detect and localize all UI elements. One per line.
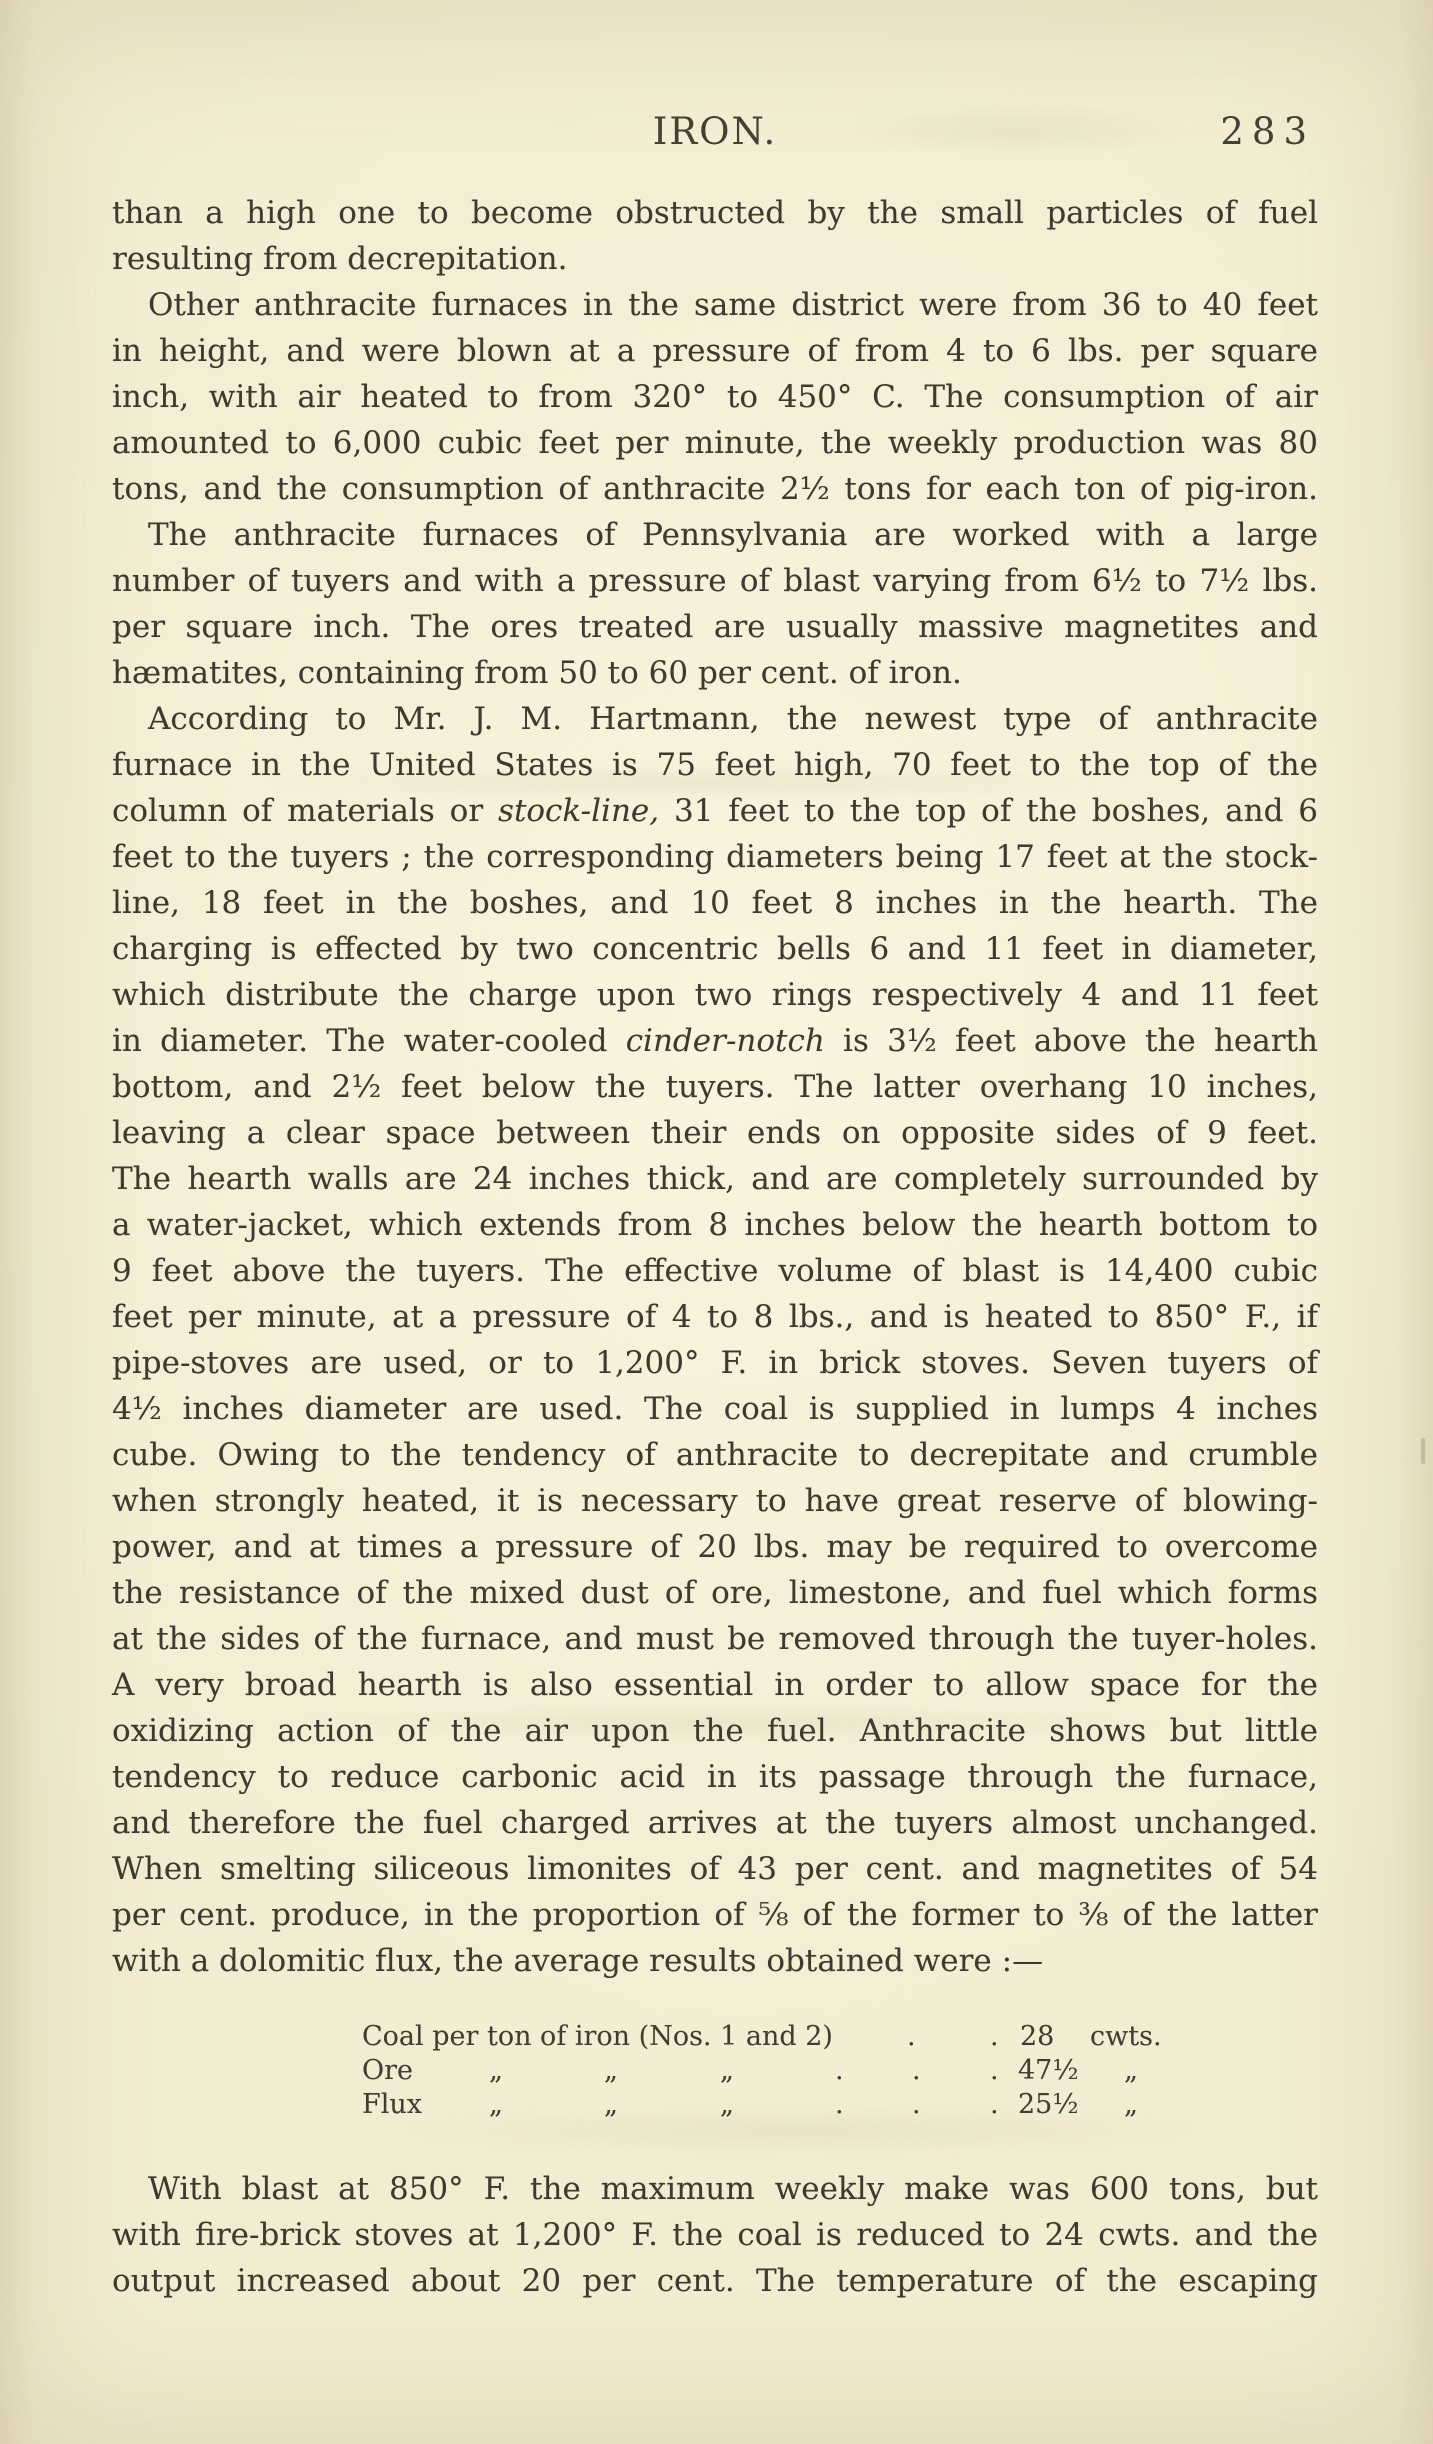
text-line: leaving a clear space between their ends… xyxy=(112,1110,1318,1156)
results-table: Coal per ton of iron (Nos. 1 and 2)..28c… xyxy=(362,2020,1212,2122)
text-line: charging is effected by two concentric b… xyxy=(112,926,1318,972)
text-segment: 31 feet to the top of the boshes, and 6 xyxy=(659,793,1318,829)
text-segment: The hearth walls are 24 inches thick, an… xyxy=(112,1161,1318,1197)
table-row: Flux„„„...25½„ xyxy=(362,2088,1212,2122)
text-line: than a high one to become obstructed by … xyxy=(112,190,1318,236)
text-segment: furnace in the United States is 75 feet … xyxy=(112,747,1318,783)
text-line: tendency to reduce carbonic acid in its … xyxy=(112,1754,1318,1800)
table-cell: . xyxy=(990,2088,999,2122)
text-line: when strongly heated, it is necessary to… xyxy=(112,1478,1318,1524)
text-segment: column of materials or xyxy=(112,793,498,829)
text-line: a water-jacket, which extends from 8 inc… xyxy=(112,1202,1318,1248)
text-segment: in height, and were blown at a pressure … xyxy=(112,333,1318,369)
text-segment: inch, with air heated to from 320° to 45… xyxy=(112,379,1318,415)
text-segment: per square inch. The ores treated are us… xyxy=(112,609,1318,645)
text-segment: amounted to 6,000 cubic feet per minute,… xyxy=(112,425,1318,461)
table-cell: Ore xyxy=(362,2054,413,2088)
text-line: feet per minute, at a pressure of 4 to 8… xyxy=(112,1294,1318,1340)
text-segment: hæmatites, containing from 50 to 60 per … xyxy=(112,655,962,691)
text-segment: pipe-stoves are used, or to 1,200° F. in… xyxy=(112,1345,1318,1381)
text-segment: tendency to reduce carbonic acid in its … xyxy=(112,1759,1318,1795)
table-cell: 47½ xyxy=(1018,2054,1079,2088)
text-line: According to Mr. J. M. Hartmann, the new… xyxy=(112,696,1318,742)
text-segment: Other anthracite furnaces in the same di… xyxy=(148,287,1318,323)
paragraph: The anthracite furnaces of Pennsylvania … xyxy=(112,512,1318,696)
table-row: Coal per ton of iron (Nos. 1 and 2)..28c… xyxy=(362,2020,1212,2054)
text-segment: When smelting siliceous limonites of 43 … xyxy=(112,1851,1318,1887)
text-line: Other anthracite furnaces in the same di… xyxy=(112,282,1318,328)
text-line: hæmatites, containing from 50 to 60 per … xyxy=(112,650,1318,696)
text-line: resulting from decrepitation. xyxy=(112,236,1318,282)
table-cell: . xyxy=(912,2088,921,2122)
text-segment: With blast at 850° F. the maximum weekly… xyxy=(148,2171,1318,2207)
table-row: Ore„„„...47½„ xyxy=(362,2054,1212,2088)
paragraphs-after-table: With blast at 850° F. the maximum weekly… xyxy=(112,2166,1318,2304)
paragraph: than a high one to become obstructed by … xyxy=(112,190,1318,282)
table-cell: 25½ xyxy=(1018,2088,1079,2122)
text-line: in diameter. The water-cooled cinder-not… xyxy=(112,1018,1318,1064)
text-line: power, and at times a pressure of 20 lbs… xyxy=(112,1524,1318,1570)
text-line: per cent. produce, in the proportion of … xyxy=(112,1892,1318,1938)
table-cell: „ xyxy=(1124,2054,1138,2088)
table-cell: 28 xyxy=(1020,2020,1054,2054)
text-line: feet to the tuyers ; the corresponding d… xyxy=(112,834,1318,880)
text-segment: line, 18 feet in the boshes, and 10 feet… xyxy=(112,885,1318,921)
text-line: 4½ inches diameter are used. The coal is… xyxy=(112,1386,1318,1432)
table-cell: „ xyxy=(604,2054,618,2088)
page-number: 283 xyxy=(1220,106,1315,158)
text-line: inch, with air heated to from 320° to 45… xyxy=(112,374,1318,420)
text-segment: number of tuyers and with a pressure of … xyxy=(112,563,1318,599)
text-segment: oxidizing action of the air upon the fue… xyxy=(112,1713,1318,1749)
text-segment: output increased about 20 per cent. The … xyxy=(112,2263,1318,2299)
text-segment: with fire-brick stoves at 1,200° F. the … xyxy=(112,2217,1318,2253)
text-line: with a dolomitic flux, the average resul… xyxy=(112,1938,1318,1984)
text-segment: at the sides of the furnace, and must be… xyxy=(112,1621,1318,1657)
text-segment: A very broad hearth is also essential in… xyxy=(112,1667,1318,1703)
paragraph: Other anthracite furnaces in the same di… xyxy=(112,282,1318,512)
table-cell: . xyxy=(835,2054,844,2088)
paragraph: According to Mr. J. M. Hartmann, the new… xyxy=(112,696,1318,1984)
text-segment: cinder-notch xyxy=(626,1023,825,1059)
page-body-text: than a high one to become obstructed by … xyxy=(112,190,1318,2304)
text-segment: stock-line, xyxy=(498,793,659,829)
paragraph: With blast at 850° F. the maximum weekly… xyxy=(112,2166,1318,2304)
text-segment: per cent. produce, in the proportion of … xyxy=(112,1897,1318,1933)
text-segment: a water-jacket, which extends from 8 inc… xyxy=(112,1207,1318,1243)
table-cell: „ xyxy=(720,2054,734,2088)
text-line: oxidizing action of the air upon the fue… xyxy=(112,1708,1318,1754)
text-line: line, 18 feet in the boshes, and 10 feet… xyxy=(112,880,1318,926)
text-line: number of tuyers and with a pressure of … xyxy=(112,558,1318,604)
text-segment: and therefore the fuel charged arrives a… xyxy=(112,1805,1318,1841)
text-line: per square inch. The ores treated are us… xyxy=(112,604,1318,650)
table-cell: cwts. xyxy=(1090,2020,1162,2054)
text-line: pipe-stoves are used, or to 1,200° F. in… xyxy=(112,1340,1318,1386)
paragraphs-before-table: than a high one to become obstructed by … xyxy=(112,190,1318,1984)
text-segment: cube. Owing to the tendency of anthracit… xyxy=(112,1437,1318,1473)
text-line: tons, and the consumption of anthracite … xyxy=(112,466,1318,512)
text-segment: feet to the tuyers ; the corresponding d… xyxy=(112,839,1318,875)
text-segment: which distribute the charge upon two rin… xyxy=(112,977,1318,1013)
text-segment: feet per minute, at a pressure of 4 to 8… xyxy=(112,1299,1318,1335)
text-line: With blast at 850° F. the maximum weekly… xyxy=(112,2166,1318,2212)
text-segment: with a dolomitic flux, the average resul… xyxy=(112,1943,1043,1979)
table-cell: „ xyxy=(489,2054,503,2088)
text-segment: is 3½ feet above the hearth xyxy=(825,1023,1318,1059)
text-line: When smelting siliceous limonites of 43 … xyxy=(112,1846,1318,1892)
table-cell: . xyxy=(907,2020,916,2054)
scan-artifact xyxy=(1421,1438,1425,1464)
text-segment: According to Mr. J. M. Hartmann, the new… xyxy=(148,701,1318,737)
table-cell: „ xyxy=(720,2088,734,2122)
text-segment: tons, and the consumption of anthracite … xyxy=(112,471,1318,507)
running-header-title: IRON. xyxy=(112,106,1318,158)
text-segment: charging is effected by two concentric b… xyxy=(112,931,1318,967)
text-line: in height, and were blown at a pressure … xyxy=(112,328,1318,374)
table-cell: . xyxy=(990,2020,999,2054)
text-line: The anthracite furnaces of Pennsylvania … xyxy=(112,512,1318,558)
text-line: output increased about 20 per cent. The … xyxy=(112,2258,1318,2304)
table-cell: . xyxy=(912,2054,921,2088)
text-segment: 9 feet above the tuyers. The effective v… xyxy=(112,1253,1318,1289)
text-segment: 4½ inches diameter are used. The coal is… xyxy=(112,1391,1318,1427)
text-segment: power, and at times a pressure of 20 lbs… xyxy=(112,1529,1318,1565)
text-line: cube. Owing to the tendency of anthracit… xyxy=(112,1432,1318,1478)
table-cell: Flux xyxy=(362,2088,422,2122)
text-segment: leaving a clear space between their ends… xyxy=(112,1115,1318,1151)
table-cell: . xyxy=(990,2054,999,2088)
text-segment: in diameter. The water-cooled xyxy=(112,1023,626,1059)
text-line: which distribute the charge upon two rin… xyxy=(112,972,1318,1018)
text-segment: than a high one to become obstructed by … xyxy=(112,195,1318,231)
text-line: amounted to 6,000 cubic feet per minute,… xyxy=(112,420,1318,466)
text-segment: bottom, and 2½ feet below the tuyers. Th… xyxy=(112,1069,1318,1105)
text-line: column of materials or stock-line, 31 fe… xyxy=(112,788,1318,834)
table-cell: „ xyxy=(489,2088,503,2122)
text-segment: when strongly heated, it is necessary to… xyxy=(112,1483,1318,1519)
text-line: furnace in the United States is 75 feet … xyxy=(112,742,1318,788)
text-line: bottom, and 2½ feet below the tuyers. Th… xyxy=(112,1064,1318,1110)
text-line: A very broad hearth is also essential in… xyxy=(112,1662,1318,1708)
text-line: and therefore the fuel charged arrives a… xyxy=(112,1800,1318,1846)
text-segment: The anthracite furnaces of Pennsylvania … xyxy=(148,517,1318,553)
text-segment: resulting from decrepitation. xyxy=(112,241,567,277)
table-cell: „ xyxy=(604,2088,618,2122)
text-line: at the sides of the furnace, and must be… xyxy=(112,1616,1318,1662)
book-page: IRON. 283 than a high one to become obst… xyxy=(0,0,1433,2444)
text-line: with fire-brick stoves at 1,200° F. the … xyxy=(112,2212,1318,2258)
table-cell: . xyxy=(835,2088,844,2122)
table-cell: „ xyxy=(1124,2088,1138,2122)
text-line: The hearth walls are 24 inches thick, an… xyxy=(112,1156,1318,1202)
text-segment: the resistance of the mixed dust of ore,… xyxy=(112,1575,1318,1611)
text-line: 9 feet above the tuyers. The effective v… xyxy=(112,1248,1318,1294)
table-cell: Coal per ton of iron (Nos. 1 and 2) xyxy=(362,2020,833,2054)
text-line: the resistance of the mixed dust of ore,… xyxy=(112,1570,1318,1616)
